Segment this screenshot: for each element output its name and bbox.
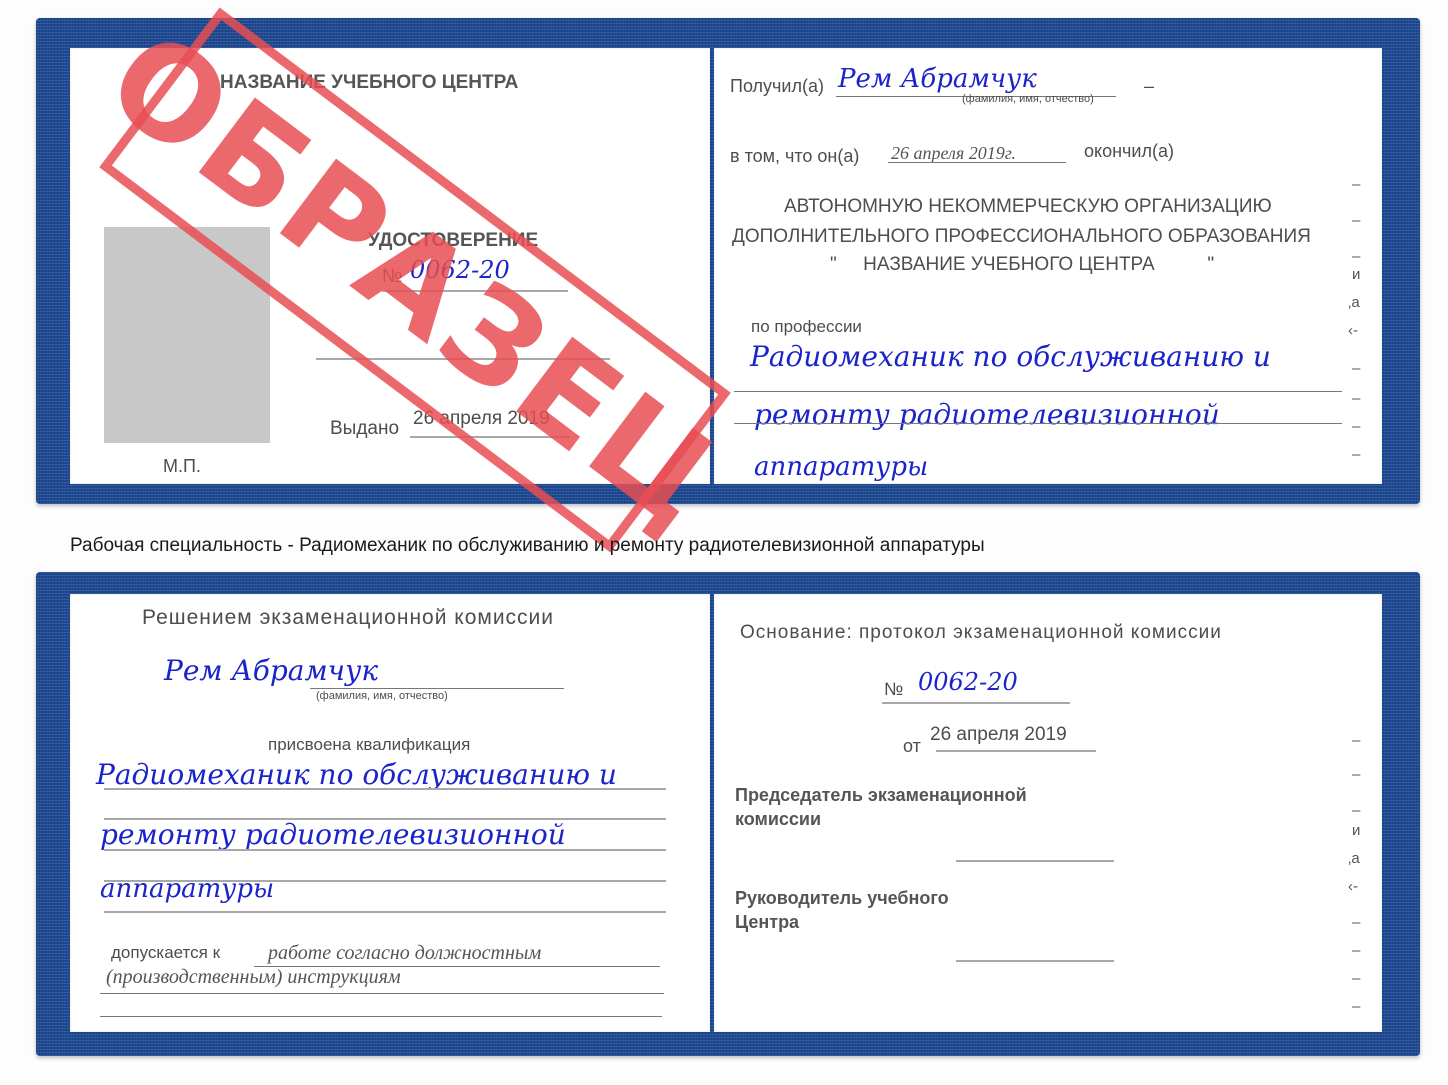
protocol-date: 26 апреля 2019 [930, 724, 1067, 746]
completed-label: окончил(а) [1084, 141, 1174, 162]
head-signature-line [956, 960, 1114, 962]
edge-glyph: – [1352, 176, 1360, 193]
edge-glyph: ‚а [1348, 294, 1360, 311]
qualification-line-1: Радиомеханик по обслуживанию и [96, 758, 617, 791]
edge-glyph: – [1352, 212, 1360, 229]
profession-underline-2 [734, 423, 1342, 424]
profession-line-2: ремонту радиотелевизионной [754, 398, 1220, 431]
edge-glyph: – [1352, 766, 1360, 783]
chairman-signature-line [956, 860, 1114, 862]
profession-line-3: аппаратуры [754, 452, 928, 482]
profession-line-1: Радиомеханик по обслуживанию и [750, 340, 1271, 373]
qualification-underline-3 [104, 849, 666, 851]
admitted-label: допускается к [111, 943, 220, 963]
recipient-name-hint: (фамилия, имя, отчество) [962, 93, 1094, 105]
edge-glyph: и [1352, 266, 1360, 283]
edge-glyph: ‹- [1348, 878, 1358, 895]
protocol-number: 0062-20 [918, 668, 1018, 696]
org-line-1: АВТОНОМНУЮ НЕКОММЕРЧЕСКУЮ ОРГАНИЗАЦИЮ [784, 196, 1272, 218]
person-name-hint: (фамилия, имя, отчество) [316, 690, 448, 702]
edge-glyph: – [1352, 802, 1360, 819]
protocol-number-label: № [884, 679, 903, 700]
org-line-3: " НАЗВАНИЕ УЧЕБНОГО ЦЕНТРА " [830, 254, 1214, 276]
person-name: Рем Абрамчук [164, 654, 378, 687]
protocol-date-underline [936, 750, 1096, 752]
admitted-line-2: (производственным) инструкциям [106, 966, 401, 989]
head-line-1: Руководитель учебного [735, 888, 949, 909]
completion-date-underline [888, 162, 1066, 163]
seal-label: М.П. [163, 456, 201, 477]
edge-glyph: – [1352, 418, 1360, 435]
org-line-2: ДОПОЛНИТЕЛЬНОГО ПРОФЕССИОНАЛЬНОГО ОБРАЗО… [732, 226, 1311, 248]
qualification-label: присвоена квалификация [268, 735, 470, 755]
decision-title: Решением экзаменационной комиссии [142, 606, 554, 630]
in-that-label: в том, что он(а) [730, 146, 859, 167]
issued-label: Выдано [330, 418, 399, 440]
admitted-underline-3 [100, 1016, 662, 1017]
basis-title: Основание: протокол экзаменационной коми… [740, 622, 1222, 644]
head-line-2: Центра [735, 912, 799, 933]
protocol-number-underline [882, 702, 1070, 704]
completion-date: 26 апреля 2019г. [891, 143, 1016, 164]
edge-glyph: – [1352, 998, 1360, 1015]
edge-glyph: – [1352, 446, 1360, 463]
edge-glyph: – [1352, 914, 1360, 931]
edge-glyph: – [1352, 942, 1360, 959]
edge-glyph: и [1352, 822, 1360, 839]
chairman-line-2: комиссии [735, 809, 821, 830]
dash: – [1144, 76, 1154, 97]
profession-label: по профессии [751, 317, 862, 337]
qualification-underline-1 [104, 788, 666, 790]
edge-glyph: ‚а [1348, 850, 1360, 867]
recipient-name: Рем Абрамчук [838, 64, 1037, 94]
chairman-line-1: Председатель экзаменационной [735, 785, 1027, 806]
admitted-line-1: работе согласно должностным [268, 942, 541, 965]
profession-underline-1 [734, 391, 1342, 392]
person-name-underline [310, 688, 564, 689]
from-label: от [903, 736, 921, 757]
admitted-underline-2 [100, 993, 664, 994]
specialty-caption: Рабочая специальность - Радиомеханик по … [70, 532, 1070, 560]
edge-glyph: – [1352, 360, 1360, 377]
qualification-line-3: аппаратуры [100, 874, 274, 904]
qualification-underline-5 [104, 911, 666, 913]
edge-glyph: – [1352, 390, 1360, 407]
edge-glyph: – [1352, 248, 1360, 265]
edge-glyph: – [1352, 732, 1360, 749]
qualification-line-2: ремонту радиотелевизионной [100, 818, 566, 851]
edge-glyph: ‹- [1348, 322, 1358, 339]
received-label: Получил(а) [730, 76, 824, 97]
edge-glyph: – [1352, 970, 1360, 987]
